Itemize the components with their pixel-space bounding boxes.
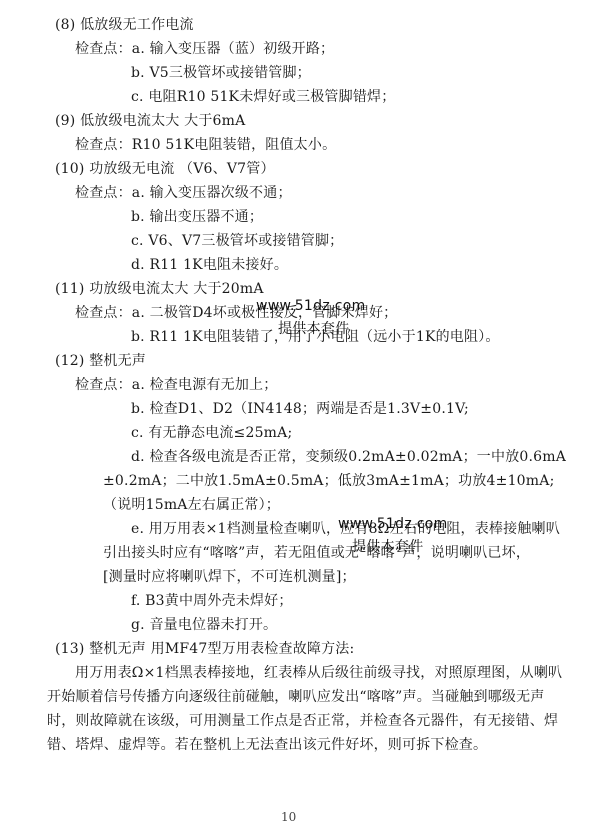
section-9-check: 检查点：R10 51K电阻装错，阻值太小。 [75,134,336,156]
section-12-check-e-cont1: 引出接头时应有“喀喀”声，若无阻值或无“喀喀”声，说明喇叭已坏， [103,542,530,564]
section-13-body-1: 用万用表Ω×1档黑表棒接地，红表棒从后级往前级寻找，对照原理图，从喇叭 [75,662,562,684]
section-13-body-2: 开始顺着信号传播方向逐级往前碰触，喇叭应发出“喀喀”声。当碰触到哪级无声 [47,686,545,708]
section-8-check-a: 检查点：a. 输入变压器（蓝）初级开路； [75,38,334,60]
section-12-check-g: g. 音量电位器未打开。 [131,614,277,636]
section-12-title: (12) 整机无声 [55,350,146,372]
section-10-title: (10) 功放级无电流 （V6、V7管） [55,158,275,180]
section-12-check-a: 检查点：a. 检查电源有无加上； [75,374,277,396]
section-10-check-b: b. 输出变压器不通； [131,206,263,228]
section-13-body-3: 时，则故障就在该级，可用测量工作点是否正常，并检查各元器件，有无接错、焊 [47,710,558,732]
section-12-check-c: c. 有无静态电流≤25mA; [131,422,292,444]
section-10-check-d: d. R11 1K电阻未接好。 [131,254,288,276]
section-9-title: (9) 低放级电流太大 大于6mA [55,110,245,132]
section-10-check-a: 检查点：a. 输入变压器次级不通； [75,182,292,204]
watermark-kit: 提供本套件 [278,318,350,338]
section-12-check-e-cont2: [测量时应将喇叭焊下，不可连机测量]； [103,566,356,588]
section-12-check-d-cont1: ±0.2mA；二中放1.5mA±0.5mA；低放3mA±1mA；功放4±10mA… [103,470,554,492]
watermark-url-2: www.51dz.com [338,516,448,532]
section-10-check-c: c. V6、V7三极管坏或接错管脚； [131,230,343,252]
section-8-title: (8) 低放级无工作电流 [55,14,194,36]
section-8-check-b: b. V5三极管坏或接错管脚； [131,62,311,84]
section-12-check-b: b. 检查D1、D2（IN4148；两端是否是1.3V±0.1V; [131,398,469,420]
section-12-check-d: d. 检查各级电流是否正常，变频级0.2mA±0.02mA；一中放0.6mA [131,446,566,468]
page-number: 10 [281,810,296,824]
section-12-check-d-cont2: （说明15mA左右属正常）； [103,494,280,516]
section-13-title: (13) 整机无声 用MF47型万用表检查故障方法: [55,638,354,660]
watermark-url: www.51dz.com [256,298,366,314]
section-12-check-f: f. B3黄中周外壳未焊好； [131,590,293,612]
section-8-check-c: c. 电阻R10 51K未焊好或三极管脚错焊； [131,86,395,108]
watermark-kit-2: 提供本套件 [352,536,424,556]
section-13-body-4: 错、塔焊、虚焊等。若在整机上无法查出该元件好坏，则可拆下检查。 [47,734,487,756]
section-11-title: (11) 功放级电流太大 大于20mA [55,278,264,300]
